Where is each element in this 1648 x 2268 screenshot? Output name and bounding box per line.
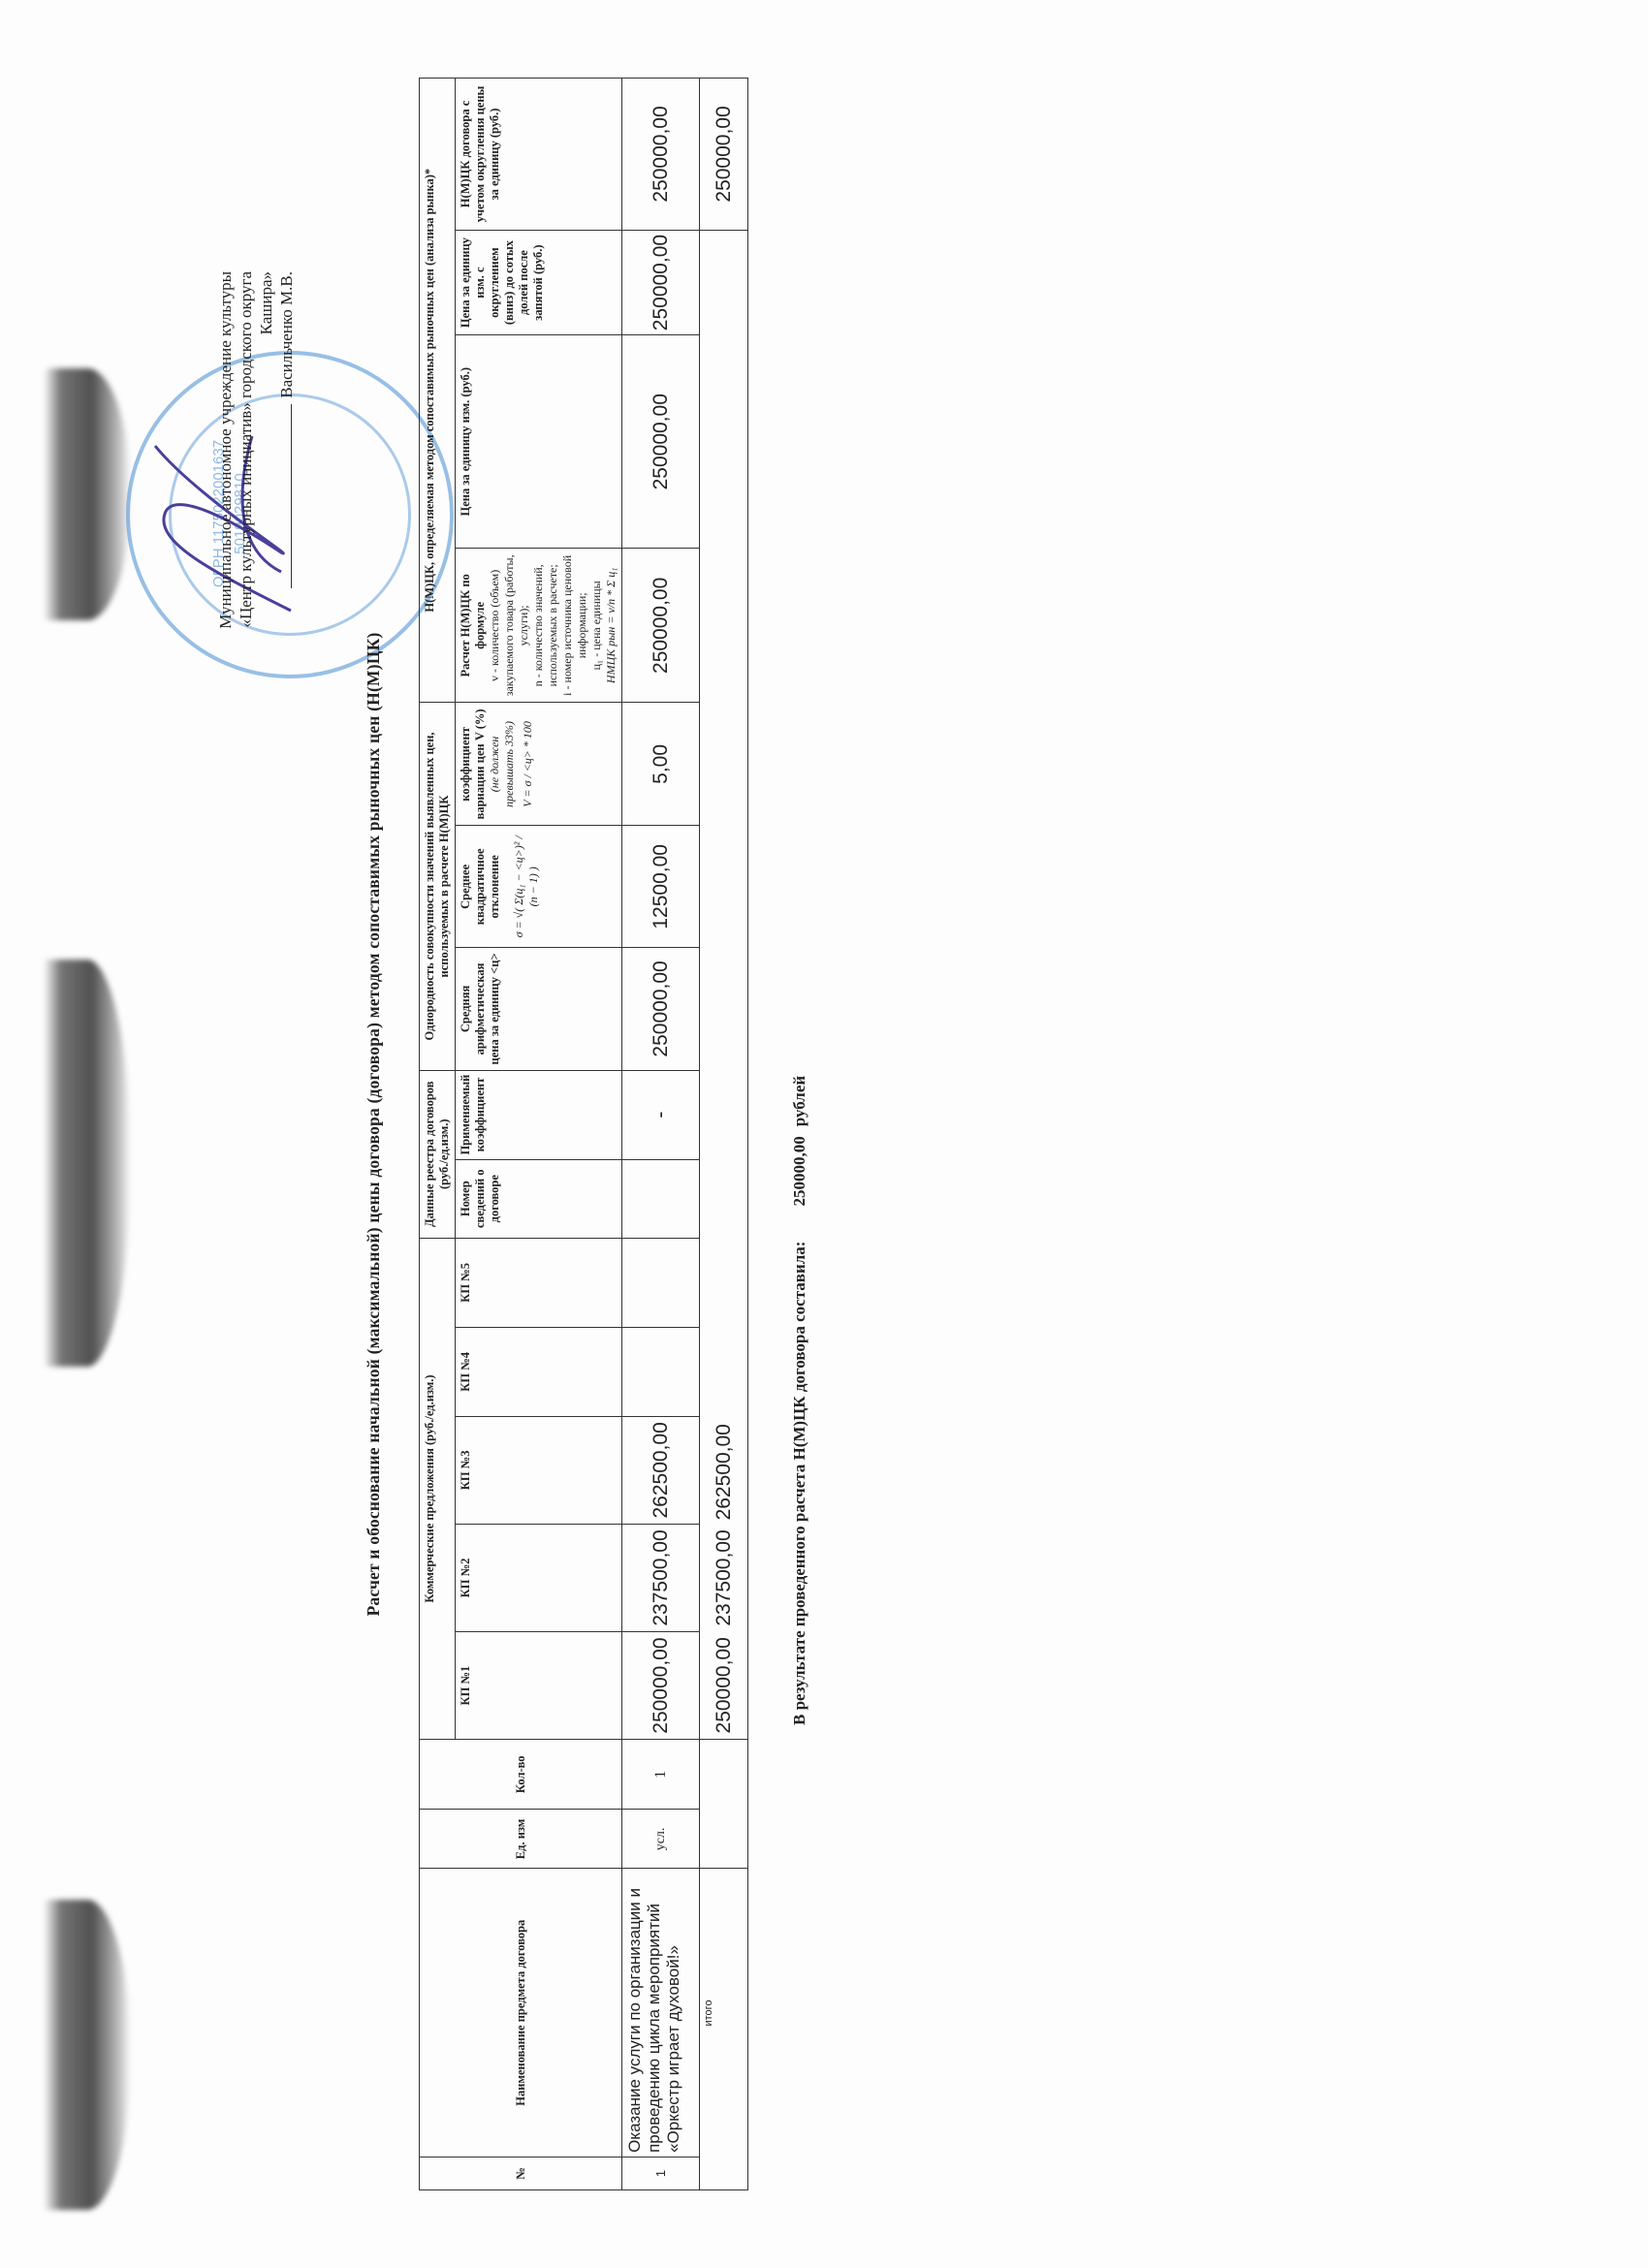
- total-nmck: 250000,00: [700, 79, 748, 231]
- approval-signature-line: Васильченко М.В.: [276, 271, 297, 775]
- total-kp-2: 237500,00: [700, 1524, 748, 1631]
- header-registry: Данные реестра договоров (руб./ед.изм.): [420, 1070, 456, 1238]
- header-num: №: [420, 2157, 622, 2189]
- header-stddev: Среднее квадратичное отклонение σ = √( Σ…: [456, 826, 622, 948]
- header-unit-price-rounded: Цена за единицу изм. с округлением (вниз…: [456, 230, 622, 334]
- header-unit: Ед. изм: [420, 1810, 622, 1869]
- header-stddev-formula: σ = √( Σ(ц₁ − <ц>)² / (n − 1) ): [512, 830, 541, 943]
- total-kp-1: 250000,00: [700, 1632, 748, 1740]
- approval-org-line2: «Центр культурных инициатив» городского …: [236, 271, 256, 775]
- cell-mean: 250000,00: [622, 948, 700, 1070]
- header-calc-label: Расчет Н(М)ЦК по формуле: [459, 552, 488, 698]
- header-kp-5: КП №5: [456, 1238, 622, 1327]
- cell-stddev: 12500,00: [622, 826, 700, 948]
- header-calc: Расчет Н(М)ЦК по формуле v - количество …: [456, 549, 622, 703]
- approval-block: Муниципальное автономное учреждение куль…: [215, 271, 297, 775]
- header-calc-note-4: ц₁ - цена единицы: [589, 552, 604, 698]
- header-stddev-label: Среднее квадратичное отклонение: [459, 830, 502, 943]
- approval-signatory: Васильченко М.В.: [277, 271, 296, 398]
- header-calc-note-1: v - количество (объем) закупаемого товар…: [488, 552, 531, 698]
- approval-org-line1: Муниципальное автономное учреждение куль…: [215, 271, 236, 775]
- header-variation: коэффициент вариации цен V (%) (не долже…: [456, 703, 622, 826]
- cell-registry-coef: -: [622, 1070, 700, 1159]
- header-variation-label: коэффициент вариации цен V (%): [459, 707, 488, 821]
- cell-kp-2: 237500,00: [622, 1524, 700, 1631]
- cell-subject: Оказание услуги по организации и проведе…: [622, 1869, 700, 2157]
- header-nmck-total: Н(М)ЦК договора с учетом округления цены…: [456, 79, 622, 231]
- header-kp-1: КП №1: [456, 1632, 622, 1740]
- cell-unit-price-rounded: 250000,00: [622, 230, 700, 334]
- header-calc-formula: НМЦК рын = v/n * Σ ц₁: [604, 552, 618, 698]
- summary-currency: рублей: [790, 1076, 808, 1126]
- header-homogeneity: Однородность совокупности значений выявл…: [420, 703, 456, 1070]
- nmck-table: № Наименование предмета договора Ед. изм…: [419, 78, 748, 2190]
- cell-qty: 1: [622, 1740, 700, 1810]
- header-calc-note-2: n - количество значений, используемых в …: [531, 552, 560, 698]
- approval-org-line3: Кашира»: [256, 271, 276, 775]
- summary-text: В результате проведенного расчета Н(М)ЦК…: [790, 1242, 808, 1725]
- cell-kp-5: [622, 1238, 700, 1327]
- document-page: ОГРН 1175022001637 5019029810 Муниципаль…: [0, 0, 1648, 2268]
- cell-registry-number: [622, 1159, 700, 1238]
- table-row: 1 Оказание услуги по организации и прове…: [622, 79, 700, 2190]
- cell-kp-1: 250000,00: [622, 1632, 700, 1740]
- cell-unit-price: 250000,00: [622, 335, 700, 549]
- header-registry-number: Номер сведений о договоре: [456, 1159, 622, 1238]
- summary-line: В результате проведенного расчета Н(М)ЦК…: [790, 1076, 809, 1725]
- header-qty: Кол-во: [420, 1740, 622, 1810]
- header-variation-note: (не должен превышать 33%): [488, 707, 517, 821]
- header-variation-formula: V = σ / <ц> * 100: [521, 707, 535, 821]
- total-row: итого 250000,00 237500,00 262500,00 2500…: [700, 79, 748, 2190]
- header-kp-3: КП №3: [456, 1416, 622, 1524]
- cell-variation: 5,00: [622, 703, 700, 826]
- header-nmck-group: Н(М)ЦК, определяемая методом сопоставимы…: [420, 79, 456, 703]
- cell-nmck-total: 250000,00: [622, 79, 700, 231]
- cell-calc: 250000,00: [622, 549, 700, 703]
- cell-unit: усл.: [622, 1810, 700, 1869]
- document-title: Расчет и обоснование начальной (максимал…: [364, 78, 384, 2171]
- header-commercial-offers: Коммерческие предложения (руб./ед.изм.): [420, 1238, 456, 1739]
- header-calc-note-3: i - номер источника ценовой информации;: [560, 552, 589, 698]
- header-registry-coef: Применяемый коэффициент: [456, 1070, 622, 1159]
- header-kp-4: КП №4: [456, 1327, 622, 1416]
- summary-amount: 250000,00: [790, 1136, 808, 1206]
- header-mean: Средняя арифметическая цена за единицу <…: [456, 948, 622, 1070]
- signature-line: [277, 404, 292, 588]
- header-unit-price: Цена за единицу изм. (руб.): [456, 335, 622, 549]
- cell-kp-4: [622, 1327, 700, 1416]
- header-subject: Наименование предмета договора: [420, 1869, 622, 2157]
- cell-num: 1: [622, 2157, 700, 2189]
- total-label: итого: [700, 1869, 748, 2157]
- cell-kp-3: 262500,00: [622, 1416, 700, 1524]
- total-kp-3: 262500,00: [700, 1416, 748, 1524]
- header-kp-2: КП №2: [456, 1524, 622, 1631]
